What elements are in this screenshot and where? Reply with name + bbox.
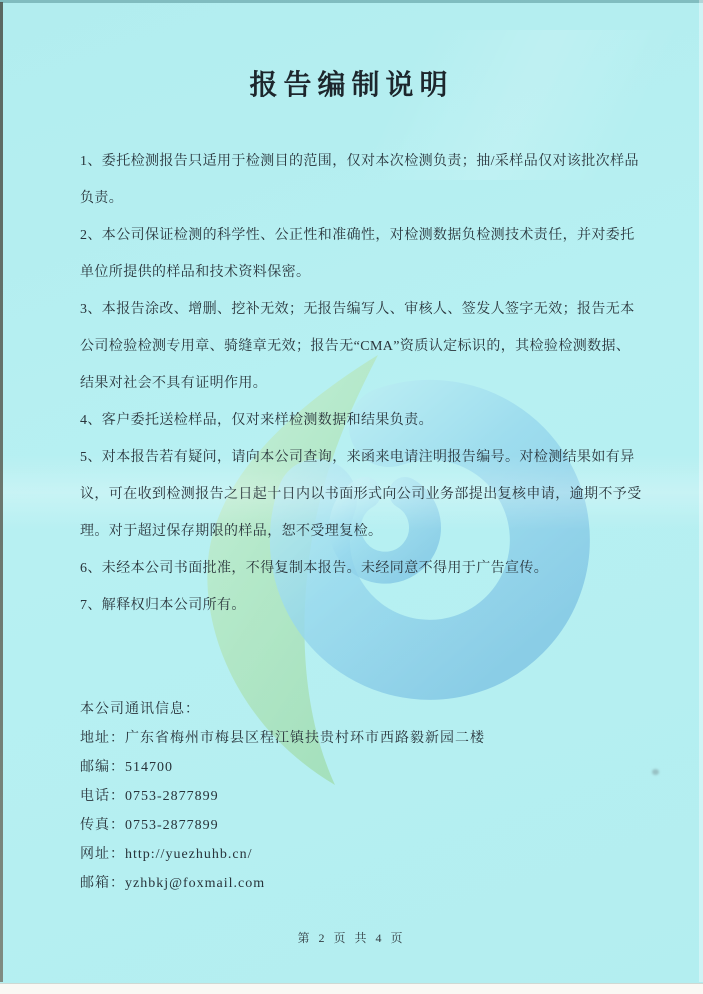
note-line: 议，可在收到检测报告之日起十日内以书面形式向公司业务部提出复核申请，逾期不予受 [80, 476, 646, 513]
scan-edge-left [0, 2, 3, 982]
page-title: 报告编制说明 [0, 68, 703, 104]
note-line: 理。对于超过保存期限的样品，恕不受理复检。 [80, 513, 646, 550]
scanner-bed [0, 983, 703, 994]
contact-line: 地址：广东省梅州市梅县区程江镇扶贵村环市西路毅新园二楼 [80, 724, 640, 753]
note-line: 负责。 [80, 180, 646, 217]
scan-edge-top [0, 0, 703, 3]
note-line: 1、委托检测报告只适用于检测目的范围，仅对本次检测负责；抽/采样品仅对该批次样品 [80, 143, 646, 180]
contact-line: 邮编：514700 [80, 753, 640, 782]
contact-lines: 地址：广东省梅州市梅县区程江镇扶贵村环市西路毅新园二楼邮编：514700电话：0… [80, 724, 640, 898]
contact-block: 本公司通讯信息： 地址：广东省梅州市梅县区程江镇扶贵村环市西路毅新园二楼邮编：5… [80, 695, 640, 898]
note-line: 2、本公司保证检测的科学性、公正性和准确性，对检测数据负检测技术责任，并对委托 [80, 217, 646, 254]
note-line: 5、对本报告若有疑问，请向本公司查询，来函来电请注明报告编号。对检测结果如有异 [80, 439, 646, 476]
note-line: 结果对社会不具有证明作用。 [80, 365, 646, 402]
notes-list: 1、委托检测报告只适用于检测目的范围，仅对本次检测负责；抽/采样品仅对该批次样品… [80, 143, 646, 624]
page-number-footer: 第 2 页 共 4 页 [0, 928, 703, 948]
scan-edge-right [699, 0, 703, 982]
contact-line: 电话：0753-2877899 [80, 782, 640, 811]
scanned-report-page: 报告编制说明 1、委托检测报告只适用于检测目的范围，仅对本次检测负责；抽/采样品… [0, 0, 703, 994]
note-line: 单位所提供的样品和技术资料保密。 [80, 254, 646, 291]
document-content: 报告编制说明 1、委托检测报告只适用于检测目的范围，仅对本次检测负责；抽/采样品… [0, 0, 703, 994]
note-line: 7、解释权归本公司所有。 [80, 587, 646, 624]
note-line: 4、客户委托送检样品，仅对来样检测数据和结果负责。 [80, 402, 646, 439]
note-line: 6、未经本公司书面批准，不得复制本报告。未经同意不得用于广告宣传。 [80, 550, 646, 587]
contact-heading: 本公司通讯信息： [80, 695, 640, 724]
note-line: 公司检验检测专用章、骑缝章无效；报告无“CMA”资质认定标识的，其检验检测数据、 [80, 328, 646, 365]
contact-line: 邮箱：yzhbkj@foxmail.com [80, 869, 640, 898]
contact-line: 网址：http://yuezhuhb.cn/ [80, 840, 640, 869]
contact-line: 传真：0753-2877899 [80, 811, 640, 840]
note-line: 3、本报告涂改、增删、挖补无效；无报告编写人、审核人、签发人签字无效；报告无本 [80, 291, 646, 328]
